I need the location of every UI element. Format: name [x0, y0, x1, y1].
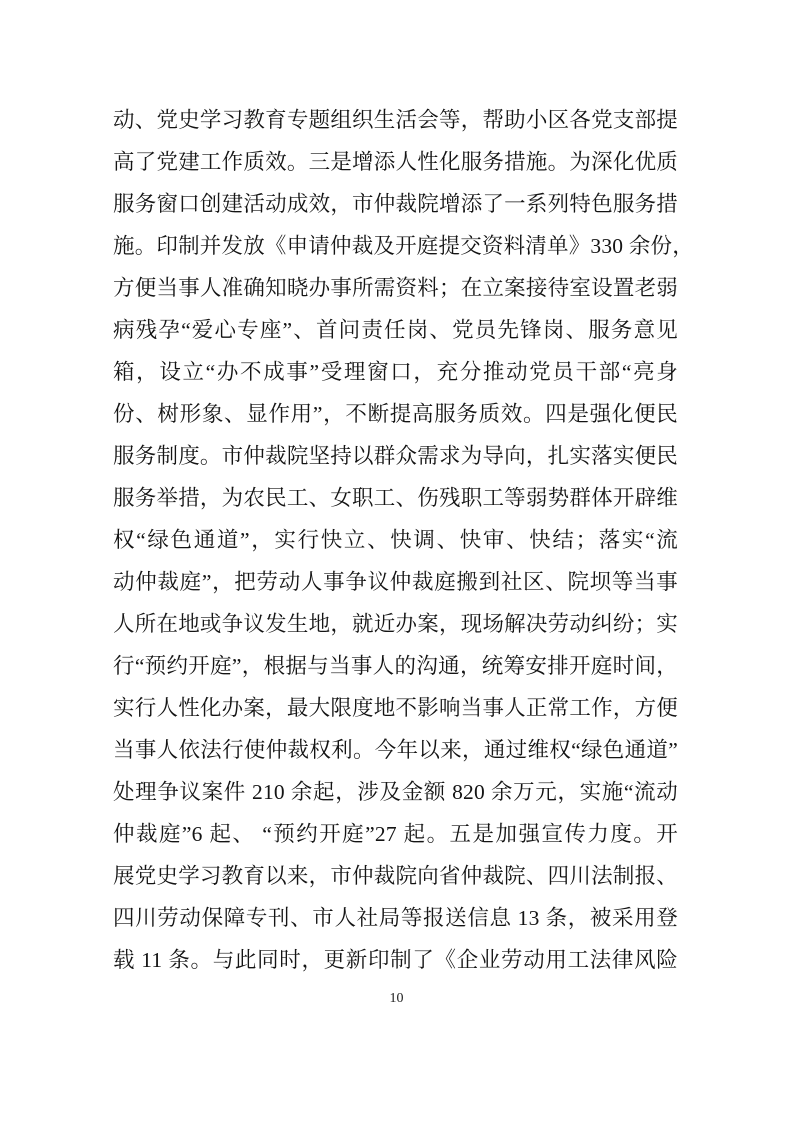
- body-text: 动、党史学习教育专题组织生活会等，帮助小区各党支部提 高了党建工作质效。三是增添…: [113, 99, 678, 981]
- text-line: 处理争议案件 210 余起，涉及金额 820 余万元，实施“流动: [113, 771, 678, 813]
- text-line: 实行人性化办案，最大限度地不影响当事人正常工作，方便: [113, 687, 678, 729]
- text-line: 箱，设立“办不成事”受理窗口，充分推动党员干部“亮身: [113, 351, 678, 393]
- text-line: 方便当事人准确知晓办事所需资料；在立案接待室设置老弱: [113, 267, 678, 309]
- text-line: 动、党史学习教育专题组织生活会等，帮助小区各党支部提: [113, 99, 678, 141]
- text-line: 病残孕“爱心专座”、首问责任岗、党员先锋岗、服务意见: [113, 309, 678, 351]
- text-line: 服务制度。市仲裁院坚持以群众需求为导向，扎实落实便民: [113, 435, 678, 477]
- text-line: 高了党建工作质效。三是增添人性化服务措施。为深化优质: [113, 141, 678, 183]
- text-line: 权“绿色通道”，实行快立、快调、快审、快结；落实“流: [113, 519, 678, 561]
- text-line: 四川劳动保障专刊、市人社局等报送信息 13 条，被采用登: [113, 897, 678, 939]
- text-line: 施。印制并发放《申请仲裁及开庭提交资料清单》330 余份，: [113, 225, 678, 267]
- text-line: 服务窗口创建活动成效，市仲裁院增添了一系列特色服务措: [113, 183, 678, 225]
- text-line: 展党史学习教育以来，市仲裁院向省仲裁院、四川法制报、: [113, 855, 678, 897]
- document-page: 动、党史学习教育专题组织生活会等，帮助小区各党支部提 高了党建工作质效。三是增添…: [0, 0, 793, 1122]
- text-line: 服务举措，为农民工、女职工、伤残职工等弱势群体开辟维: [113, 477, 678, 519]
- text-line: 份、树形象、显作用”，不断提高服务质效。四是强化便民: [113, 393, 678, 435]
- text-line: 行“预约开庭”，根据与当事人的沟通，统筹安排开庭时间，: [113, 645, 678, 687]
- text-line: 当事人依法行使仲裁权利。今年以来，通过维权“绿色通道”: [113, 729, 678, 771]
- page-number: 10: [0, 990, 793, 1008]
- text-line: 动仲裁庭”，把劳动人事争议仲裁庭搬到社区、院坝等当事: [113, 561, 678, 603]
- text-line: 载 11 条。与此同时，更新印制了《企业劳动用工法律风险: [113, 939, 678, 981]
- text-line: 人所在地或争议发生地，就近办案，现场解决劳动纠纷；实: [113, 603, 678, 645]
- text-line: 仲裁庭”6 起、 “预约开庭”27 起。五是加强宣传力度。开: [113, 813, 678, 855]
